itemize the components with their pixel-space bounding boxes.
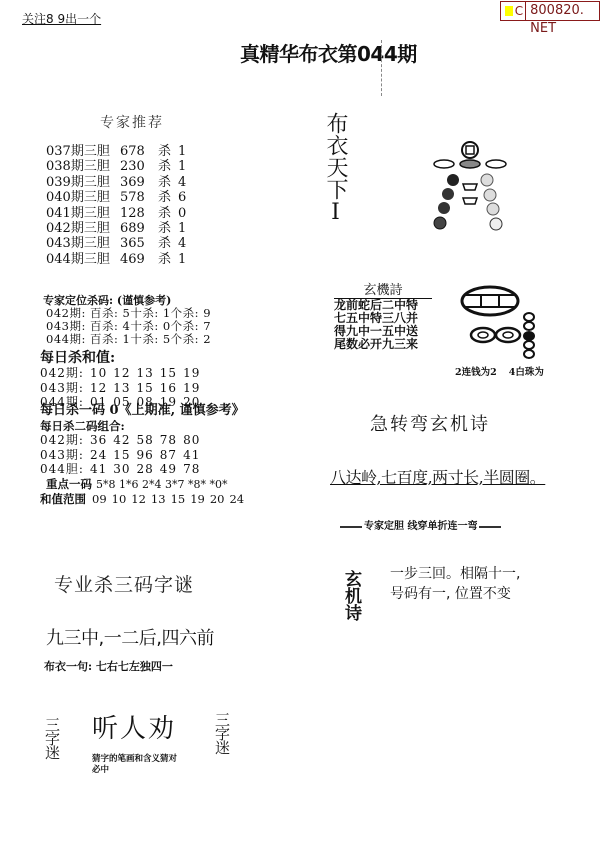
list-item: 042期:3642587880: [40, 433, 249, 448]
value: 80: [183, 433, 200, 448]
nums-cell: 469: [120, 252, 158, 267]
position-kill-row: 044期: 百杀: 1十杀: 5个杀: 2: [46, 333, 211, 346]
xuanji-line: 号码有一, 位置不变: [390, 584, 520, 604]
period-label: 044胆:: [40, 462, 84, 477]
value: 30: [113, 462, 130, 477]
value: 19: [183, 366, 200, 381]
value: 16: [160, 381, 177, 396]
daily-kill-section: 每日杀一码 0《上期准, 谨慎参考》 每日杀二码组合: 042期:3642587…: [40, 404, 249, 507]
kill-label: 杀: [158, 190, 178, 205]
value: 20: [210, 492, 225, 506]
turn-poem-line: 八达岭,七百度,两寸长,半圆圈。: [330, 465, 545, 488]
period-cell: 040期三胆: [46, 190, 120, 205]
buyi-vertical-title: 布衣天下I: [324, 112, 347, 225]
value: 96: [137, 448, 154, 463]
nums-cell: 230: [120, 159, 158, 174]
kill-cell: 1: [178, 159, 186, 174]
period-label: 043期:: [40, 448, 84, 463]
expert-recommend-table: 037期三胆678杀1 038期三胆230杀1 039期三胆369杀4 040期…: [46, 144, 186, 267]
expert-recommend-heading: 专家推荐: [100, 112, 164, 132]
nums-cell: 128: [120, 206, 158, 221]
table-row: 040期三胆578杀6: [46, 190, 186, 205]
riddle-title: 专业杀三码字谜: [54, 570, 194, 597]
bead-caption-right: 4白珠为: [509, 367, 544, 378]
riddle-word: 听人劝: [92, 708, 176, 745]
focus-values: 5*8 1*6 2*4 3*7 *8* *0*: [96, 478, 227, 491]
period-label: 042期:: [40, 433, 84, 448]
value: 41: [183, 448, 200, 463]
mystic-poem-title: 玄機詩: [334, 283, 432, 299]
table-row: 043期三胆365杀4: [46, 236, 186, 251]
position-kill-section: 专家定位杀码: (谨慎参考) 042期: 百杀: 5十杀: 1个杀: 9 043…: [42, 294, 211, 346]
kill-label: 杀: [158, 236, 178, 251]
coins-illustration-icon: [420, 140, 520, 240]
three-char-riddle-left-label: 三字迷: [43, 717, 61, 759]
period-cell: 042期三胆: [46, 221, 120, 236]
kill-label: 杀: [158, 221, 178, 236]
bead-caption: 2连钱为24白珠为: [455, 364, 556, 378]
value: 87: [160, 448, 177, 463]
table-row: 042期三胆689杀1: [46, 221, 186, 236]
period-cell: 038期三胆: [46, 159, 120, 174]
divider: [479, 526, 501, 528]
page-title: 真精华布衣第044期: [240, 38, 417, 67]
range-label: 和值范围: [40, 492, 86, 506]
period-cell: 037期三胆: [46, 144, 120, 159]
value: 49: [160, 462, 177, 477]
xuanji-text: 一步三回。相隔十一, 号码有一, 位置不变: [390, 564, 520, 604]
period-label: 043期:: [40, 381, 84, 396]
kill-cell: 6: [178, 190, 186, 205]
kill-label: 杀: [158, 175, 178, 190]
value: 24: [229, 492, 244, 506]
poem-line: 尾数必开九三来: [334, 338, 432, 351]
value: 12: [113, 366, 130, 381]
kill-label: 杀: [158, 206, 178, 221]
list-item: 044胆:4130284978: [40, 462, 249, 477]
table-row: 039期三胆369杀4: [46, 175, 186, 190]
kill-label: 杀: [158, 252, 178, 267]
list-item: 042期:1012131519: [40, 366, 206, 381]
kill-cell: 1: [178, 252, 186, 267]
kill-cell: 0: [178, 206, 186, 221]
xuanji-line: 一步三回。相隔十一,: [390, 564, 520, 584]
divider: [381, 40, 382, 96]
watermark-glyph: C: [515, 2, 525, 20]
period-cell: 043期三胆: [46, 236, 120, 251]
value: 12: [131, 492, 146, 506]
period-label: 042期:: [40, 366, 84, 381]
list-item: 043期:2415968741: [40, 448, 249, 463]
period-cell: 039期三胆: [46, 175, 120, 190]
daily-kill-one-heading: 每日杀一码 0《上期准, 谨慎参考》: [40, 404, 249, 419]
value: 10: [90, 366, 107, 381]
value: 24: [90, 448, 107, 463]
expert-dan-text: 专家定胆 线穿单折连一弯: [364, 521, 477, 532]
value: 28: [137, 462, 154, 477]
table-row: 038期三胆230杀1: [46, 159, 186, 174]
focus-one-row: 重点一码5*8 1*6 2*4 3*7 *8* *0*: [46, 477, 249, 493]
value: 12: [90, 381, 107, 396]
table-row: 044期三胆469杀1: [46, 252, 186, 267]
top-note: 关注8 9出一个: [22, 10, 101, 27]
nums-cell: 689: [120, 221, 158, 236]
riddle-line: 九三中,一二后,四六前: [46, 624, 214, 650]
watermark-text: 800820. NET: [525, 2, 599, 20]
riddle-sub: 布衣一句: 七右七左独四一: [44, 658, 173, 674]
daily-sum-kill-heading: 每日杀和值:: [40, 350, 206, 366]
nums-cell: 365: [120, 236, 158, 251]
value: 78: [160, 433, 177, 448]
daily-kill-two-heading: 每日杀二码组合:: [40, 419, 249, 434]
kill-cell: 1: [178, 144, 186, 159]
yellow-square-icon: [505, 6, 513, 16]
mystic-poem: 玄機詩 龙前蛇后二中特 七五中特三八并 得九中一五中送 尾数必开九三来: [334, 283, 432, 351]
turn-poem-title: 急转弯玄机诗: [370, 410, 490, 436]
value: 15: [137, 381, 154, 396]
value: 58: [137, 433, 154, 448]
kill-label: 杀: [158, 159, 178, 174]
kill-cell: 4: [178, 236, 186, 251]
value: 15: [113, 448, 130, 463]
three-char-riddle-right-label: 三字迷: [213, 712, 231, 754]
value: 09: [92, 492, 107, 506]
xuanji-vertical-title: 玄机诗: [336, 570, 366, 621]
value: 15: [160, 366, 177, 381]
list-item: 043期:1213151619: [40, 381, 206, 396]
kill-label: 杀: [158, 144, 178, 159]
value: 19: [183, 381, 200, 396]
value: 15: [171, 492, 186, 506]
value: 78: [183, 462, 200, 477]
value: 13: [113, 381, 130, 396]
beads-illustration-icon: [455, 285, 555, 360]
bead-caption-left: 2连钱为2: [455, 367, 497, 378]
value: 10: [112, 492, 127, 506]
kill-cell: 1: [178, 221, 186, 236]
focus-label: 重点一码: [46, 477, 92, 491]
nums-cell: 369: [120, 175, 158, 190]
value: 36: [90, 433, 107, 448]
nums-cell: 578: [120, 190, 158, 205]
sum-range-row: 和值范围0910121315192024: [40, 492, 249, 507]
expert-dan-line: 专家定胆 线穿单折连一弯: [338, 517, 503, 532]
table-row: 037期三胆678杀1: [46, 144, 186, 159]
period-cell: 041期三胆: [46, 206, 120, 221]
riddle-hint: 猜字的笔画和含义猜对必中: [92, 754, 182, 776]
watermark-badge: C 800820. NET: [500, 1, 600, 21]
value: 13: [137, 366, 154, 381]
value: 19: [190, 492, 205, 506]
table-row: 041期三胆128杀0: [46, 206, 186, 221]
value: 42: [113, 433, 130, 448]
value: 13: [151, 492, 166, 506]
kill-cell: 4: [178, 175, 186, 190]
nums-cell: 678: [120, 144, 158, 159]
divider: [340, 526, 362, 528]
daily-sum-kill-section: 每日杀和值: 042期:1012131519 043期:1213151619 0…: [40, 350, 206, 410]
period-cell: 044期三胆: [46, 252, 120, 267]
value: 41: [90, 462, 107, 477]
